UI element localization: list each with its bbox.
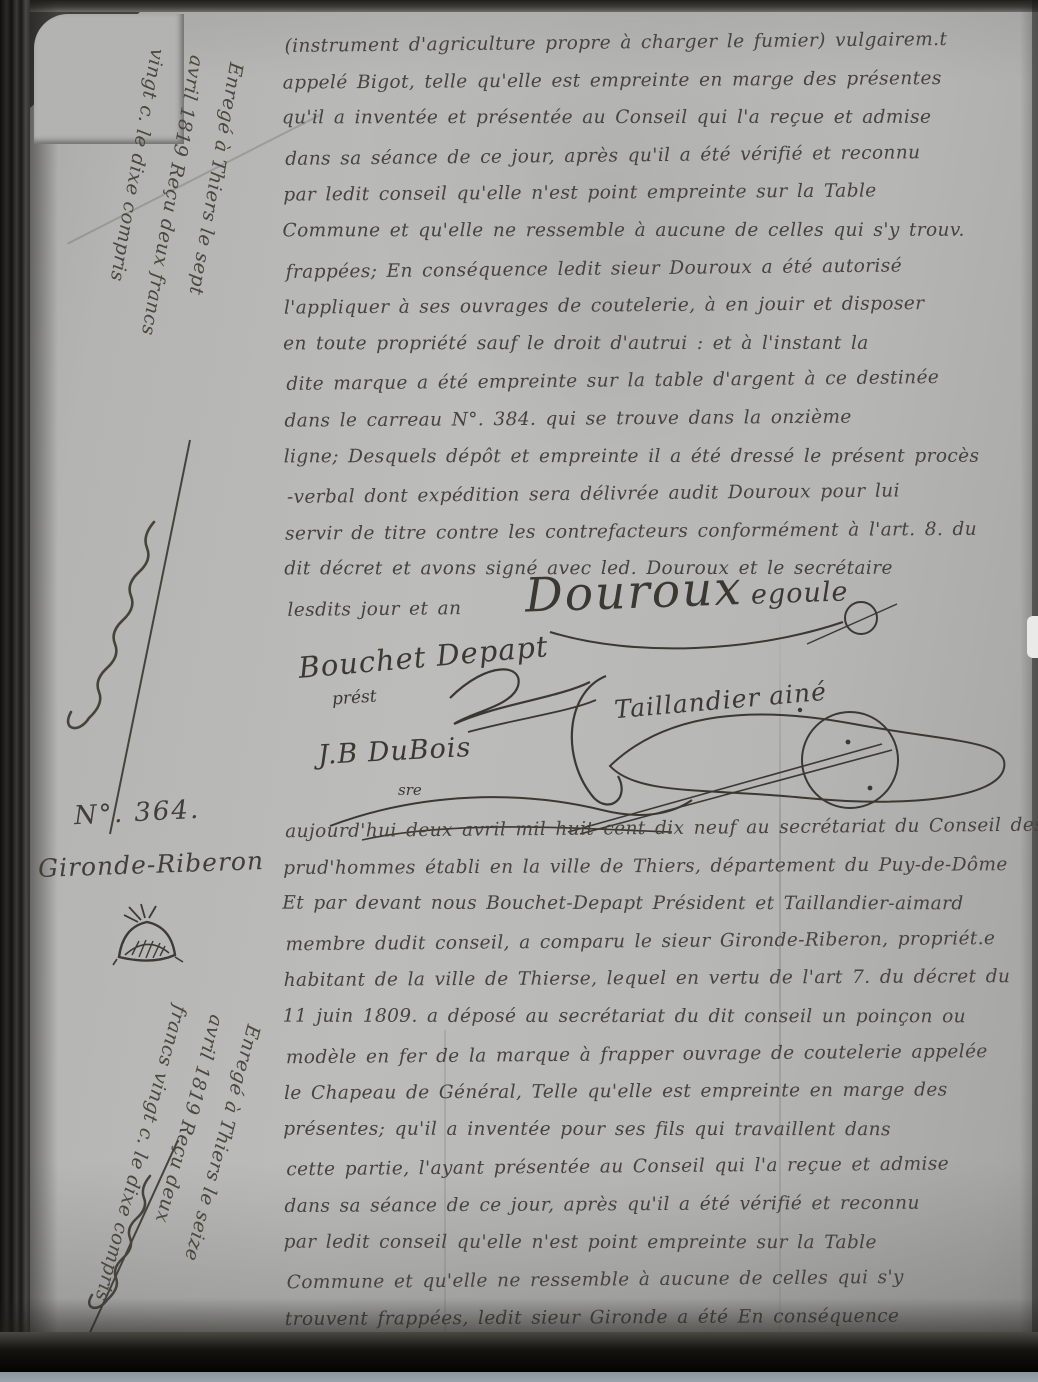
manuscript-line: en toute propriété sauf le droit d'autru…	[283, 324, 1035, 362]
bicorne-general-hat-mark-icon	[112, 903, 186, 969]
registration-signature-paraph-top	[46, 438, 198, 840]
manuscript-page: Enregé à Thiers le sept avril 1819 Reçu …	[0, 0, 1038, 1382]
manuscript-line: appelé Bigot, telle qu'elle est empreint…	[282, 59, 1034, 102]
manuscript-line: le Chapeau de Général, Telle qu'elle est…	[283, 1071, 1035, 1113]
manuscript-line: dans sa séance de ce jour, après qu'il a…	[283, 1184, 1035, 1226]
manuscript-line: dans le carreau N°. 384. qui se trouve d…	[283, 397, 1035, 440]
page-bottom-shadow	[0, 1298, 1038, 1334]
manuscript-line: membre dudit conseil, a comparu le sieur…	[282, 920, 1034, 964]
manuscript-line: Commune et qu'elle ne ressemble à aucune…	[284, 1258, 1036, 1302]
manuscript-line: par ledit conseil qu'elle n'est point em…	[282, 172, 1034, 215]
manuscript-line: cette partie, l'ayant présentée au Conse…	[283, 1145, 1035, 1189]
book-edge-top	[0, 0, 1038, 12]
manuscript-line: prud'hommes établi en la ville de Thiers…	[282, 846, 1034, 888]
manuscript-line: qu'il a inventée et présentée au Conseil…	[282, 99, 1034, 137]
act-gironde-text: aujourd'hui deux avril mil huit cent dix…	[282, 809, 1036, 1338]
page-bottom-edge	[0, 1332, 1038, 1372]
manuscript-line: l'appliquer à ses ouvrages de coutelerie…	[283, 285, 1035, 328]
manuscript-line: présentes; qu'il a inventée pour ses fil…	[283, 1110, 1035, 1148]
manuscript-line: modèle en fer de la marque à frapper ouv…	[283, 1032, 1035, 1076]
manuscript-line: Et par devant nous Bouchet-Depapt Présid…	[282, 885, 1034, 923]
manuscript-line: habitant de la ville de Thierse, lequel …	[283, 958, 1035, 1000]
manuscript-line: -verbal dont expédition sera délivrée au…	[284, 471, 1036, 516]
manuscript-line: Commune et qu'elle ne ressemble à aucune…	[282, 212, 1034, 250]
manuscript-line: aujourd'hui deux avril mil huit cent dix…	[282, 807, 1034, 851]
manuscript-line: (instrument d'agriculture propre à charg…	[281, 20, 1033, 65]
manuscript-line: dite marque a été empreinte sur la table…	[283, 358, 1035, 403]
page-bottom-light-strip	[0, 1372, 1038, 1382]
manuscript-line: ligne; Desquels dépôt et empreinte il a …	[284, 437, 1036, 475]
manuscript-line: 11 juin 1809. a déposé au secrétariat du…	[283, 998, 1035, 1036]
act-douroux-text: (instrument d'agriculture propre à charg…	[281, 22, 1036, 627]
manuscript-line: par ledit conseil qu'elle n'est point em…	[284, 1223, 1036, 1261]
signature-bouchet-title: prést	[331, 686, 377, 709]
manuscript-line: servir de titre contre les contrefacteur…	[284, 510, 1036, 553]
